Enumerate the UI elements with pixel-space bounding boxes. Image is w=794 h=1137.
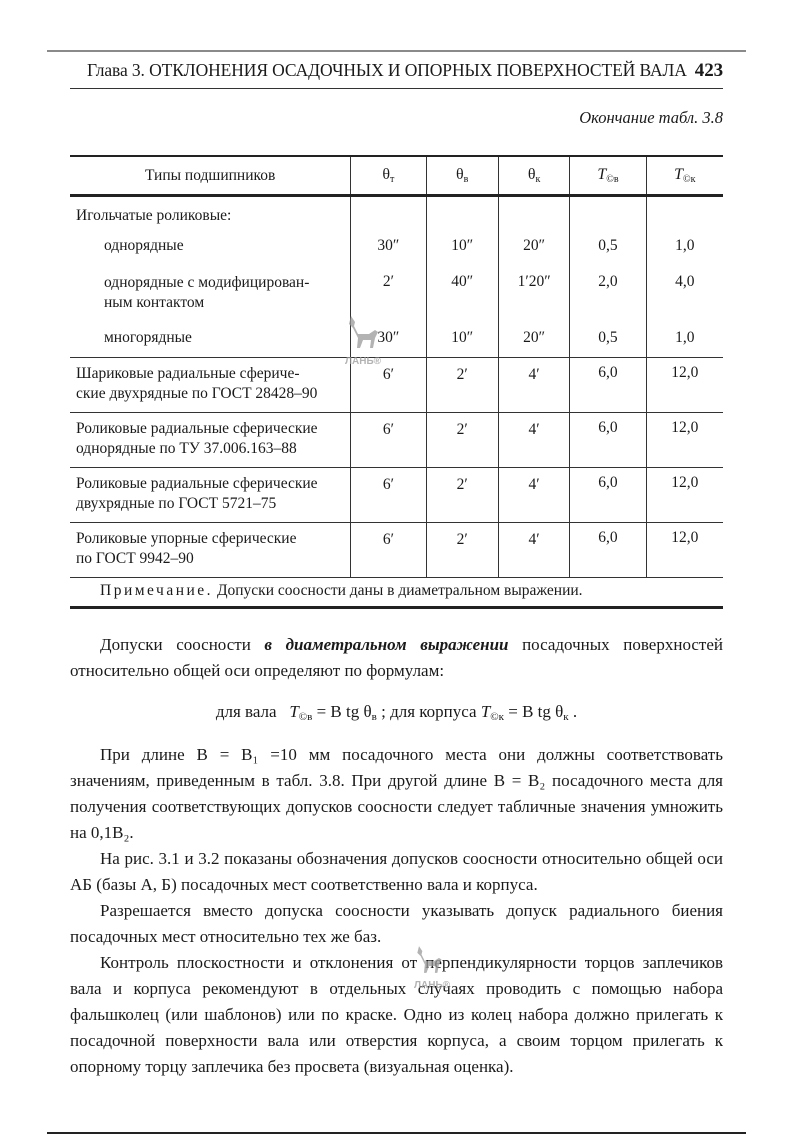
header-t-v: T©в: [570, 156, 646, 196]
row-name: Роликовые упорные сферическиепо ГОСТ 994…: [70, 523, 350, 577]
cell-value: 0,5: [570, 329, 645, 357]
cell-value: 10″: [427, 237, 498, 273]
cell-value: 4′: [498, 468, 569, 523]
cell-value: 4,0: [647, 273, 723, 329]
cell-value: 4′: [498, 523, 569, 578]
row-name: Роликовые радиальные сферическиеоднорядн…: [70, 413, 350, 467]
cell-value: 2′: [426, 523, 498, 578]
page-number: 423: [695, 60, 723, 81]
cell-value: 4′: [498, 413, 569, 468]
cell-value: 30″: [351, 237, 425, 273]
row-name: Шариковые радиальные сфериче-ские двухря…: [70, 358, 350, 412]
group-title: Игольчатые роликовые:: [70, 197, 350, 237]
cell-value: 2′: [351, 273, 425, 329]
paragraph-3: На рис. 3.1 и 3.2 показаны обозначения д…: [70, 846, 723, 898]
cell-value: 12,0: [646, 468, 723, 523]
cell-value: 12,0: [646, 523, 723, 578]
paragraph-1: Допуски соосности в диаметральном выраже…: [70, 632, 723, 684]
header-rule: [70, 88, 723, 89]
running-head: Глава 3. ОТКЛОНЕНИЯ ОСАДОЧНЫХ И ОПОРНЫХ …: [70, 60, 723, 82]
top-rule: [47, 50, 746, 52]
header-theta-t: θт: [351, 156, 426, 196]
table-row: Шариковые радиальные сфериче-ские двухря…: [70, 358, 723, 413]
cell-value: 40″: [427, 273, 498, 329]
cell-value: 6,0: [570, 468, 646, 523]
bearing-tolerance-table: Типы подшипников θт θв θк T©в T©к Игольч…: [70, 155, 723, 609]
row-name: однорядные: [70, 237, 350, 273]
paragraph-4: Разрешается вместо допуска соосности ука…: [70, 898, 723, 950]
table-row: Роликовые упорные сферическиепо ГОСТ 994…: [70, 523, 723, 578]
header-theta-v: θв: [426, 156, 498, 196]
note-label: Примечание.: [100, 582, 213, 599]
cell-value: 4′: [498, 358, 569, 413]
header-t-k: T©к: [646, 156, 723, 196]
cell-value: 12,0: [646, 413, 723, 468]
cell-value: 20″: [499, 237, 569, 273]
table-header-row: Типы подшипников θт θв θк T©в T©к: [70, 156, 723, 196]
cell-value: 12,0: [646, 358, 723, 413]
cell-value: 2′: [426, 413, 498, 468]
cell-value: 1,0: [647, 329, 723, 357]
cell-value: 0,5: [570, 237, 645, 273]
cell-value: 1′20″: [499, 273, 569, 329]
cell-value: 6′: [351, 413, 426, 468]
cell-value: 2′: [426, 358, 498, 413]
paragraph-2: При длине B = B₁ =10 мм посадочного мест…: [70, 742, 723, 846]
cell-value: 6′: [351, 523, 426, 578]
cell-value: 6,0: [570, 413, 646, 468]
note-text: Допуски соосности даны в диаметральном в…: [213, 582, 583, 599]
chapter-title: Глава 3. ОТКЛОНЕНИЯ ОСАДОЧНЫХ И ОПОРНЫХ …: [87, 60, 687, 80]
cell-value: 6,0: [570, 523, 646, 578]
paragraph-5: Контроль плоскостности и отклонения от п…: [70, 950, 723, 1080]
row-name: многорядные: [70, 329, 350, 357]
cell-value: 10″: [427, 329, 498, 357]
cell-value: 6′: [351, 468, 426, 523]
formula: для вала T©в = B tg θв ; для корпуса T©к…: [70, 702, 723, 723]
bottom-rule: [47, 1132, 746, 1134]
cell-value: 1,0: [647, 237, 723, 273]
header-theta-k: θк: [498, 156, 569, 196]
table-caption: Окончание табл. 3.8: [70, 108, 723, 128]
emphasis: в диаметральном выражении: [264, 635, 508, 654]
cell-value: 6,0: [570, 358, 646, 413]
row-name: Роликовые радиальные сферическиедвухрядн…: [70, 468, 350, 522]
table-row-needle-group: Игольчатые роликовые: однорядные одноряд…: [70, 196, 723, 358]
cell-value: 30″: [351, 329, 425, 357]
row-name: однорядные с модифицирован- ным контакто…: [70, 273, 350, 329]
cell-value: 2′: [426, 468, 498, 523]
cell-value: 2,0: [570, 273, 645, 329]
table-row: Роликовые радиальные сферическиеоднорядн…: [70, 413, 723, 468]
table-row: Роликовые радиальные сферическиедвухрядн…: [70, 468, 723, 523]
cell-value: 20″: [499, 329, 569, 357]
table-note: Примечание. Допуски соосности даны в диа…: [70, 578, 723, 608]
table-note-row: Примечание. Допуски соосности даны в диа…: [70, 578, 723, 608]
header-bearing-type: Типы подшипников: [70, 156, 351, 196]
cell-value: 6′: [351, 358, 426, 413]
